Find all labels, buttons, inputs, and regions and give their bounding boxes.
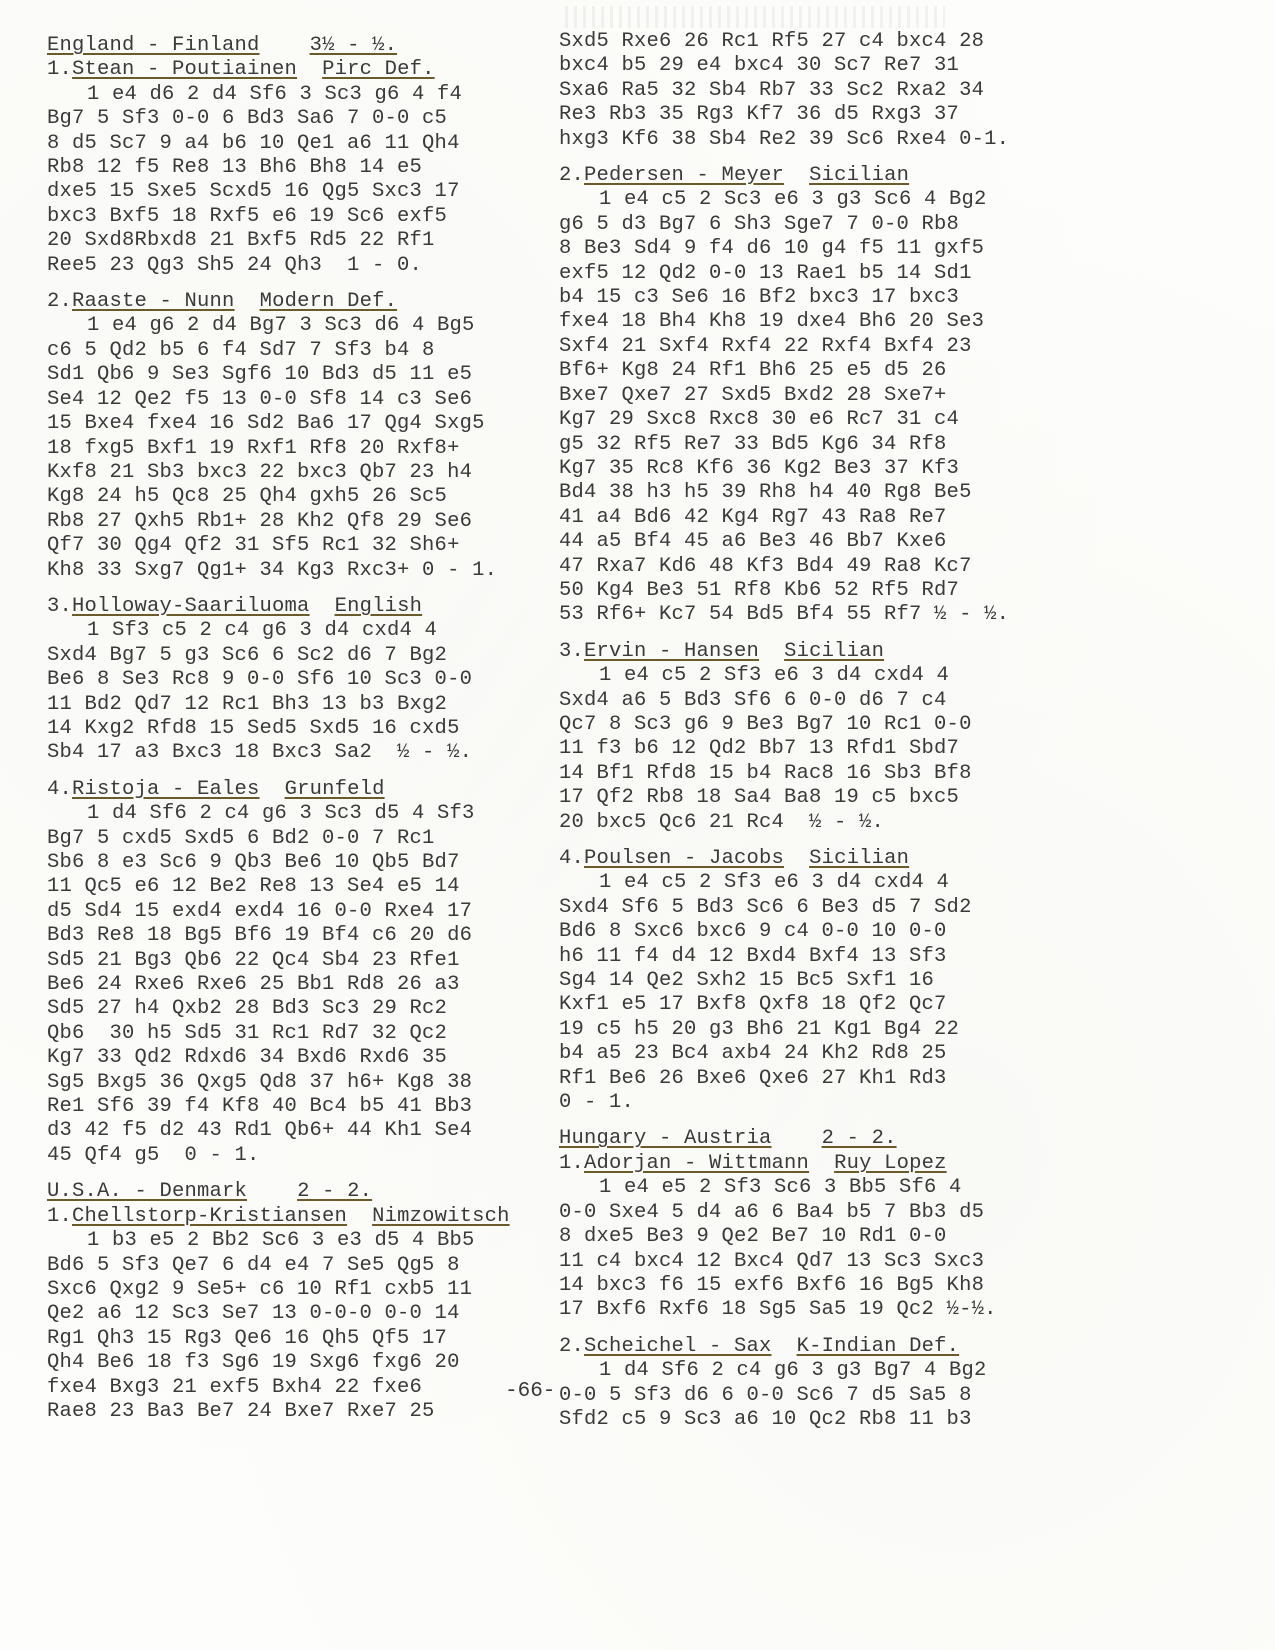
move-line: Sxa6 Ra5 32 Sb4 Rb7 33 Sc2 Rxa2 34 <box>559 79 1059 103</box>
move-line: Kxf8 21 Sb3 bxc3 22 bxc3 Qb7 23 h4 <box>47 461 547 485</box>
spacer <box>784 847 809 870</box>
game-players: Scheichel - Sax <box>584 1335 772 1358</box>
move-line: 53 Rf6+ Kc7 54 Bd5 Bf4 55 Rf7 ½ - ½. <box>559 603 1059 627</box>
move-line: 1 e4 c5 2 Sc3 e6 3 g3 Sc6 4 Bg2 <box>559 188 1059 212</box>
match-score: 2 - 2. <box>822 1127 897 1150</box>
continued-game-moves: Sxd5 Rxe6 26 Rc1 Rf5 27 c4 bxc4 28bxc4 b… <box>559 30 1059 152</box>
move-line: Re1 Sf6 39 f4 Kf8 40 Bc4 b5 41 Bb3 <box>47 1095 547 1119</box>
board-number: 4. <box>559 847 584 870</box>
move-line: Kg7 29 Sxc8 Rxc8 30 e6 Rc7 31 c4 <box>559 408 1059 432</box>
move-line: dxe5 15 Sxe5 Scxd5 16 Qg5 Sxc3 17 <box>47 180 547 204</box>
move-line: 1 d4 Sf6 2 c4 g6 3 g3 Bg7 4 Bg2 <box>559 1359 1059 1383</box>
move-line: Bf6+ Kg8 24 Rf1 Bh6 25 e5 d5 26 <box>559 359 1059 383</box>
move-line: Sxf4 21 Sxf4 Rxf4 22 Rxf4 Bxf4 23 <box>559 335 1059 359</box>
opening-name: Pirc Def. <box>322 58 435 81</box>
match-teams: U.S.A. - Denmark <box>47 1180 247 1203</box>
spacer <box>310 595 335 618</box>
move-line: 19 c5 h5 20 g3 Bh6 21 Kg1 Bg4 22 <box>559 1018 1059 1042</box>
move-line: 17 Qf2 Rb8 18 Sa4 Ba8 19 c5 bxc5 <box>559 786 1059 810</box>
opening-name: Sicilian <box>809 847 909 870</box>
move-line: Ree5 23 Qg3 Sh5 24 Qh3 1 - 0. <box>47 254 547 278</box>
move-list: 1 d4 Sf6 2 c4 g6 3 g3 Bg7 4 Bg20-0 5 Sf3… <box>559 1359 1059 1432</box>
board-number: 2. <box>559 1335 584 1358</box>
game-players: Ervin - Hansen <box>584 640 759 663</box>
move-line: Sxd5 Rxe6 26 Rc1 Rf5 27 c4 bxc4 28 <box>559 30 1059 54</box>
opening-name: K-Indian Def. <box>797 1335 960 1358</box>
move-line: 1 e4 c5 2 Sf3 e6 3 d4 cxd4 4 <box>559 871 1059 895</box>
game-players: Adorjan - Wittmann <box>584 1152 809 1175</box>
game-record: 1.Stean - Poutiainen Pirc Def.1 e4 d6 2 … <box>47 58 547 278</box>
move-line: 15 Bxe4 fxe4 16 Sd2 Ba6 17 Qg4 Sxg5 <box>47 412 547 436</box>
move-line: Rae8 23 Ba3 Be7 24 Bxe7 Rxe7 25 <box>47 1400 547 1424</box>
game-header: 1.Chellstorp-Kristiansen Nimzowitsch <box>47 1205 547 1229</box>
move-line: 14 Kxg2 Rfd8 15 Sed5 Sxd5 16 cxd5 <box>47 717 547 741</box>
opening-name: Sicilian <box>784 640 884 663</box>
game-header: 3.Holloway-Saariluoma English <box>47 595 547 619</box>
move-line: 8 dxe5 Be3 9 Qe2 Be7 10 Rd1 0-0 <box>559 1225 1059 1249</box>
left-column: England - Finland 3½ - ½.1.Stean - Pouti… <box>47 34 547 1436</box>
move-list: 1 e4 e5 2 Sf3 Sc6 3 Bb5 Sf6 40-0 Sxe4 5 … <box>559 1176 1059 1322</box>
game-header: 2.Scheichel - Sax K-Indian Def. <box>559 1335 1059 1359</box>
move-line: 0-0 5 Sf3 d6 6 0-0 Sc6 7 d5 Sa5 8 <box>559 1384 1059 1408</box>
game-players: Raaste - Nunn <box>72 290 235 313</box>
move-line: hxg3 Kf6 38 Sb4 Re2 39 Sc6 Rxe4 0-1. <box>559 128 1059 152</box>
move-line: Sd5 21 Bg3 Qb6 22 Qc4 Sb4 23 Rfe1 <box>47 949 547 973</box>
move-line: Bd6 8 Sxc6 bxc6 9 c4 0-0 10 0-0 <box>559 920 1059 944</box>
move-line: Sg5 Bxg5 36 Qxg5 Qd8 37 h6+ Kg8 38 <box>47 1071 547 1095</box>
game-players: Poulsen - Jacobs <box>584 847 784 870</box>
move-line: Sb4 17 a3 Bxc3 18 Bxc3 Sa2 ½ - ½. <box>47 741 547 765</box>
ink-smudge <box>565 6 945 28</box>
move-line: Bd3 Re8 18 Bg5 Bf6 19 Bf4 c6 20 d6 <box>47 924 547 948</box>
move-line: Sg4 14 Qe2 Sxh2 15 Bc5 Sxf1 16 <box>559 969 1059 993</box>
spacer <box>772 1335 797 1358</box>
match-score: 3½ - ½. <box>310 34 398 57</box>
match-header: U.S.A. - Denmark 2 - 2. <box>47 1180 547 1204</box>
move-line: Kh8 33 Sxg7 Qg1+ 34 Kg3 Rxc3+ 0 - 1. <box>47 559 547 583</box>
move-list: 1 e4 c5 2 Sf3 e6 3 d4 cxd4 4Sxd4 Sf6 5 B… <box>559 871 1059 1115</box>
move-line: Rf1 Be6 26 Bxe6 Qxe6 27 Kh1 Rd3 <box>559 1067 1059 1091</box>
move-line: 14 Bf1 Rfd8 15 b4 Rac8 16 Sb3 Bf8 <box>559 762 1059 786</box>
move-list: 1 e4 g6 2 d4 Bg7 3 Sc3 d6 4 Bg5c6 5 Qd2 … <box>47 314 547 582</box>
move-line: Sd1 Qb6 9 Se3 Sgf6 10 Bd3 d5 11 e5 <box>47 363 547 387</box>
move-line: Bg7 5 cxd5 Sxd5 6 Bd2 0-0 7 Rc1 <box>47 827 547 851</box>
move-line: 0 - 1. <box>559 1091 1059 1115</box>
move-line: h6 11 f4 d4 12 Bxd4 Bxf4 13 Sf3 <box>559 945 1059 969</box>
move-line: c6 5 Qd2 b5 6 f4 Sd7 7 Sf3 b4 8 <box>47 339 547 363</box>
move-line: Sfd2 c5 9 Sc3 a6 10 Qc2 Rb8 11 b3 <box>559 1408 1059 1432</box>
move-line: b4 15 c3 Se6 16 Bf2 bxc3 17 bxc3 <box>559 286 1059 310</box>
move-line: Sxc6 Qxg2 9 Se5+ c6 10 Rf1 cxb5 11 <box>47 1278 547 1302</box>
game-record: 2.Scheichel - Sax K-Indian Def.1 d4 Sf6 … <box>559 1335 1059 1433</box>
move-line: Re3 Rb3 35 Rg3 Kf7 36 d5 Rxg3 37 <box>559 103 1059 127</box>
move-line: Be6 8 Se3 Rc8 9 0-0 Sf6 10 Sc3 0-0 <box>47 668 547 692</box>
move-line: 44 a5 Bf4 45 a6 Be3 46 Bb7 Kxe6 <box>559 530 1059 554</box>
move-line: Bxe7 Qxe7 27 Sxd5 Bxd2 28 Sxe7+ <box>559 384 1059 408</box>
game-players: Pedersen - Meyer <box>584 164 784 187</box>
move-line: Bd6 5 Sf3 Qe7 6 d4 e4 7 Se5 Qg5 8 <box>47 1254 547 1278</box>
move-line: 1 e4 d6 2 d4 Sf6 3 Sc3 g6 4 f4 <box>47 83 547 107</box>
game-players: Chellstorp-Kristiansen <box>72 1205 347 1228</box>
move-line: Kg7 33 Qd2 Rdxd6 34 Bxd6 Rxd6 35 <box>47 1046 547 1070</box>
match-teams: Hungary - Austria <box>559 1127 772 1150</box>
game-header: 2.Raaste - Nunn Modern Def. <box>47 290 547 314</box>
opening-name: Modern Def. <box>260 290 398 313</box>
game-record: 1.Chellstorp-Kristiansen Nimzowitsch1 b3… <box>47 1205 547 1425</box>
opening-name: Ruy Lopez <box>834 1152 947 1175</box>
move-line: 11 c4 bxc4 12 Bxc4 Qd7 13 Sc3 Sxc3 <box>559 1250 1059 1274</box>
move-line: 41 a4 Bd6 42 Kg4 Rg7 43 Ra8 Re7 <box>559 506 1059 530</box>
game-players: Stean - Poutiainen <box>72 58 297 81</box>
move-line: fxe4 Bxg3 21 exf5 Bxh4 22 fxe6 <box>47 1376 547 1400</box>
move-line: Rb8 12 f5 Re8 13 Bh6 Bh8 14 e5 <box>47 156 547 180</box>
move-line: Qb6 30 h5 Sd5 31 Rc1 Rd7 32 Qc2 <box>47 1022 547 1046</box>
game-record: 1.Adorjan - Wittmann Ruy Lopez1 e4 e5 2 … <box>559 1152 1059 1323</box>
move-line: 14 bxc3 f6 15 exf6 Bxf6 16 Bg5 Kh8 <box>559 1274 1059 1298</box>
move-line: d5 Sd4 15 exd4 exd4 16 0-0 Rxe4 17 <box>47 900 547 924</box>
move-line: Rb8 27 Qxh5 Rb1+ 28 Kh2 Qf8 29 Se6 <box>47 510 547 534</box>
move-line: Sb6 8 e3 Sc6 9 Qb3 Be6 10 Qb5 Bd7 <box>47 851 547 875</box>
move-line: 11 Bd2 Qd7 12 Rc1 Bh3 13 b3 Bxg2 <box>47 693 547 717</box>
move-line: Be6 24 Rxe6 Rxe6 25 Bb1 Rd8 26 a3 <box>47 973 547 997</box>
move-line: Sxd4 a6 5 Bd3 Sf6 6 0-0 d6 7 c4 <box>559 689 1059 713</box>
move-line: Qf7 30 Qg4 Qf2 31 Sf5 Rc1 32 Sh6+ <box>47 534 547 558</box>
move-line: Bg7 5 Sf3 0-0 6 Bd3 Sa6 7 0-0 c5 <box>47 107 547 131</box>
move-line: 50 Kg4 Be3 51 Rf8 Kb6 52 Rf5 Rd7 <box>559 579 1059 603</box>
move-line: Qh4 Be6 18 f3 Sg6 19 Sxg6 fxg6 20 <box>47 1351 547 1375</box>
move-list: 1 Sf3 c5 2 c4 g6 3 d4 cxd4 4Sxd4 Bg7 5 g… <box>47 619 547 765</box>
move-line: Se4 12 Qe2 f5 13 0-0 Sf8 14 c3 Se6 <box>47 388 547 412</box>
spacer <box>247 1180 297 1203</box>
game-record: 4.Poulsen - Jacobs Sicilian1 e4 c5 2 Sf3… <box>559 847 1059 1115</box>
move-line: 20 bxc5 Qc6 21 Rc4 ½ - ½. <box>559 811 1059 835</box>
move-line: Kg8 24 h5 Qc8 25 Qh4 gxh5 26 Sc5 <box>47 485 547 509</box>
move-line: 17 Bxf6 Rxf6 18 Sg5 Sa5 19 Qc2 ½-½. <box>559 1298 1059 1322</box>
move-line: 1 e4 c5 2 Sf3 e6 3 d4 cxd4 4 <box>559 664 1059 688</box>
board-number: 3. <box>559 640 584 663</box>
spacer <box>772 1127 822 1150</box>
move-line: 1 Sf3 c5 2 c4 g6 3 d4 cxd4 4 <box>47 619 547 643</box>
spacer <box>260 34 310 57</box>
move-line: Kxf1 e5 17 Bxf8 Qxf8 18 Qf2 Qc7 <box>559 993 1059 1017</box>
right-column: Sxd5 Rxe6 26 Rc1 Rf5 27 c4 bxc4 28bxc4 b… <box>559 30 1059 1444</box>
move-line: 45 Qf4 g5 0 - 1. <box>47 1144 547 1168</box>
board-number: 1. <box>559 1152 584 1175</box>
spacer <box>235 290 260 313</box>
move-line: 11 f3 b6 12 Qd2 Bb7 13 Rfd1 Sbd7 <box>559 737 1059 761</box>
move-line: bxc4 b5 29 e4 bxc4 30 Sc7 Re7 31 <box>559 54 1059 78</box>
move-line: 47 Rxa7 Kd6 48 Kf3 Bd4 49 Ra8 Kc7 <box>559 555 1059 579</box>
spacer <box>297 58 322 81</box>
opening-name: Grunfeld <box>285 778 385 801</box>
game-players: Holloway-Saariluoma <box>72 595 310 618</box>
spacer <box>784 164 809 187</box>
board-number: 2. <box>47 290 72 313</box>
match-header: Hungary - Austria 2 - 2. <box>559 1127 1059 1151</box>
move-line: 11 Qc5 e6 12 Be2 Re8 13 Se4 e5 14 <box>47 875 547 899</box>
move-line: 18 fxg5 Bxf1 19 Rxf1 Rf8 20 Rxf8+ <box>47 437 547 461</box>
move-line: Qe2 a6 12 Sc3 Se7 13 0-0-0 0-0 14 <box>47 1302 547 1326</box>
move-line: Sxd4 Sf6 5 Bd3 Sc6 6 Be3 d5 7 Sd2 <box>559 896 1059 920</box>
page-number: -66- <box>505 1380 555 1403</box>
match-header: England - Finland 3½ - ½. <box>47 34 547 58</box>
move-line: g5 32 Rf5 Re7 33 Bd5 Kg6 34 Rf8 <box>559 433 1059 457</box>
board-number: 2. <box>559 164 584 187</box>
move-line: bxc3 Bxf5 18 Rxf5 e6 19 Sc6 exf5 <box>47 205 547 229</box>
game-record: 3.Ervin - Hansen Sicilian1 e4 c5 2 Sf3 e… <box>559 640 1059 835</box>
spacer <box>809 1152 834 1175</box>
game-header: 4.Ristoja - Eales Grunfeld <box>47 778 547 802</box>
move-line: 1 d4 Sf6 2 c4 g6 3 Sc3 d5 4 Sf3 <box>47 802 547 826</box>
opening-name: Sicilian <box>809 164 909 187</box>
spacer <box>347 1205 372 1228</box>
move-list: 1 e4 c5 2 Sf3 e6 3 d4 cxd4 4Sxd4 a6 5 Bd… <box>559 664 1059 835</box>
move-list: 1 e4 d6 2 d4 Sf6 3 Sc3 g6 4 f4Bg7 5 Sf3 … <box>47 83 547 278</box>
move-line: 8 d5 Sc7 9 a4 b6 10 Qe1 a6 11 Qh4 <box>47 132 547 156</box>
game-record: 3.Holloway-Saariluoma English1 Sf3 c5 2 … <box>47 595 547 766</box>
board-number: 3. <box>47 595 72 618</box>
game-header: 4.Poulsen - Jacobs Sicilian <box>559 847 1059 871</box>
game-record: 2.Raaste - Nunn Modern Def.1 e4 g6 2 d4 … <box>47 290 547 583</box>
move-line: fxe4 18 Bh4 Kh8 19 dxe4 Bh6 20 Se3 <box>559 310 1059 334</box>
game-header: 1.Stean - Poutiainen Pirc Def. <box>47 58 547 82</box>
move-line: 20 Sxd8Rbxd8 21 Bxf5 Rd5 22 Rf1 <box>47 229 547 253</box>
match-teams: England - Finland <box>47 34 260 57</box>
board-number: 1. <box>47 1205 72 1228</box>
move-line: exf5 12 Qd2 0-0 13 Rae1 b5 14 Sd1 <box>559 262 1059 286</box>
game-header: 3.Ervin - Hansen Sicilian <box>559 640 1059 664</box>
move-line: Bd4 38 h3 h5 39 Rh8 h4 40 Rg8 Be5 <box>559 481 1059 505</box>
game-header: 2.Pedersen - Meyer Sicilian <box>559 164 1059 188</box>
move-line: b4 a5 23 Bc4 axb4 24 Kh2 Rd8 25 <box>559 1042 1059 1066</box>
board-number: 1. <box>47 58 72 81</box>
game-record: 4.Ristoja - Eales Grunfeld1 d4 Sf6 2 c4 … <box>47 778 547 1169</box>
move-line: Rg1 Qh3 15 Rg3 Qe6 16 Qh5 Qf5 17 <box>47 1327 547 1351</box>
spacer <box>759 640 784 663</box>
move-line: 8 Be3 Sd4 9 f4 d6 10 g4 f5 11 gxf5 <box>559 237 1059 261</box>
move-list: 1 b3 e5 2 Bb2 Sc6 3 e3 d5 4 Bb5Bd6 5 Sf3… <box>47 1229 547 1424</box>
move-list: 1 d4 Sf6 2 c4 g6 3 Sc3 d5 4 Sf3Bg7 5 cxd… <box>47 802 547 1168</box>
move-line: Qc7 8 Sc3 g6 9 Be3 Bg7 10 Rc1 0-0 <box>559 713 1059 737</box>
move-list: 1 e4 c5 2 Sc3 e6 3 g3 Sc6 4 Bg2g6 5 d3 B… <box>559 188 1059 627</box>
opening-name: English <box>335 595 423 618</box>
move-line: Kg7 35 Rc8 Kf6 36 Kg2 Be3 37 Kf3 <box>559 457 1059 481</box>
move-line: 1 b3 e5 2 Bb2 Sc6 3 e3 d5 4 Bb5 <box>47 1229 547 1253</box>
move-line: g6 5 d3 Bg7 6 Sh3 Sge7 7 0-0 Rb8 <box>559 213 1059 237</box>
opening-name: Nimzowitsch <box>372 1205 510 1228</box>
game-header: 1.Adorjan - Wittmann Ruy Lopez <box>559 1152 1059 1176</box>
match-score: 2 - 2. <box>297 1180 372 1203</box>
move-line: 0-0 Sxe4 5 d4 a6 6 Ba4 b5 7 Bb3 d5 <box>559 1201 1059 1225</box>
move-line: d3 42 f5 d2 43 Rd1 Qb6+ 44 Kh1 Se4 <box>47 1119 547 1143</box>
spacer <box>260 778 285 801</box>
game-players: Ristoja - Eales <box>72 778 260 801</box>
move-line: Sd5 27 h4 Qxb2 28 Bd3 Sc3 29 Rc2 <box>47 997 547 1021</box>
move-line: 1 e4 e5 2 Sf3 Sc6 3 Bb5 Sf6 4 <box>559 1176 1059 1200</box>
game-record: 2.Pedersen - Meyer Sicilian1 e4 c5 2 Sc3… <box>559 164 1059 628</box>
move-line: 1 e4 g6 2 d4 Bg7 3 Sc3 d6 4 Bg5 <box>47 314 547 338</box>
board-number: 4. <box>47 778 72 801</box>
move-line: Sxd4 Bg7 5 g3 Sc6 6 Sc2 d6 7 Bg2 <box>47 644 547 668</box>
